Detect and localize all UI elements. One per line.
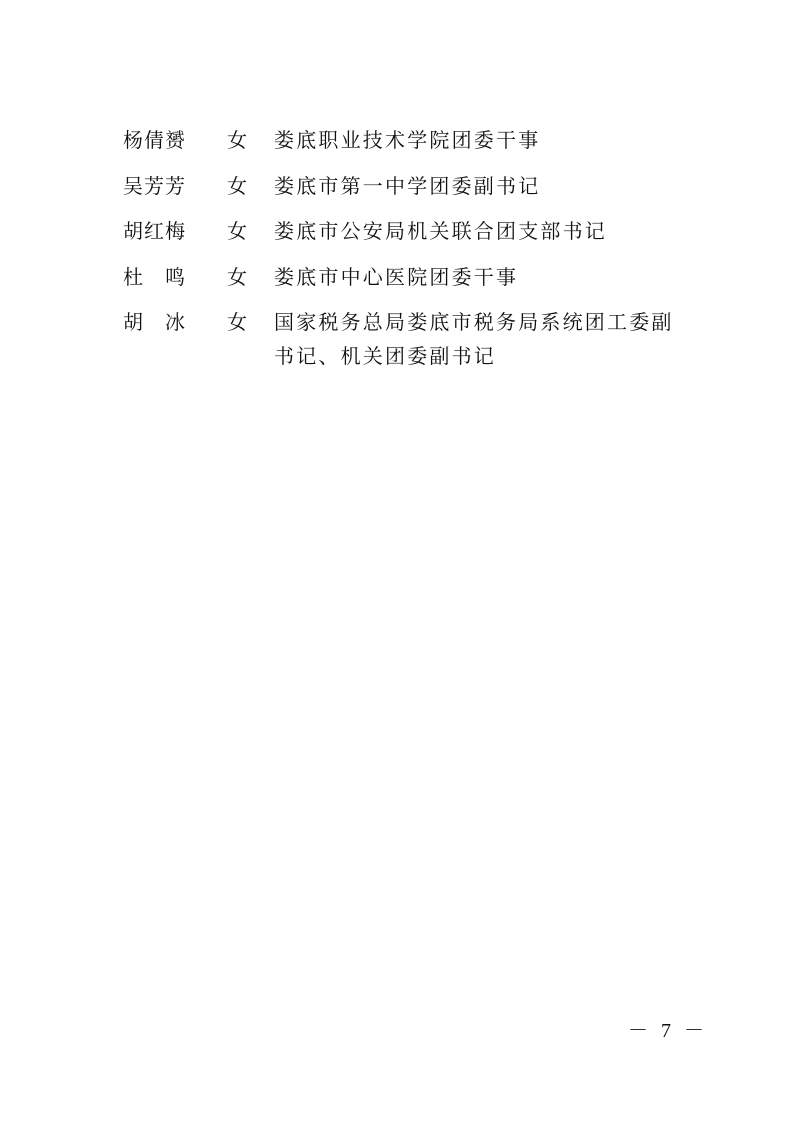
person-role: 国家税务总局娄底市税务局系统团工委副书记、机关团委副书记 xyxy=(274,305,694,373)
person-role: 娄底市公安局机关联合团支部书记 xyxy=(274,214,694,248)
person-name: 杜 鸣 xyxy=(123,260,213,294)
person-name: 胡红梅 xyxy=(123,214,213,248)
list-item: 杨倩赟 女 娄底职业技术学院团委干事 xyxy=(123,123,703,169)
person-gender: 女 xyxy=(227,123,247,157)
person-role: 娄底市中心医院团委干事 xyxy=(274,260,694,294)
person-gender: 女 xyxy=(227,169,247,203)
person-role: 娄底市第一中学团委副书记 xyxy=(274,169,694,203)
person-gender: 女 xyxy=(227,305,247,339)
person-role: 娄底职业技术学院团委干事 xyxy=(274,123,694,157)
person-name: 吴芳芳 xyxy=(123,169,213,203)
list-item: 吴芳芳 女 娄底市第一中学团委副书记 xyxy=(123,169,703,215)
list-item: 杜 鸣 女 娄底市中心医院团委干事 xyxy=(123,260,703,306)
list-item: 胡 冰 女 国家税务总局娄底市税务局系统团工委副书记、机关团委副书记 xyxy=(123,305,703,385)
person-gender: 女 xyxy=(227,260,247,294)
person-name: 胡 冰 xyxy=(123,305,213,339)
personnel-list: 杨倩赟 女 娄底职业技术学院团委干事 吴芳芳 女 娄底市第一中学团委副书记 胡红… xyxy=(123,123,703,385)
list-item: 胡红梅 女 娄底市公安局机关联合团支部书记 xyxy=(123,214,703,260)
person-gender: 女 xyxy=(227,214,247,248)
page-number: － 7 － xyxy=(628,1014,708,1043)
person-name: 杨倩赟 xyxy=(123,123,213,157)
